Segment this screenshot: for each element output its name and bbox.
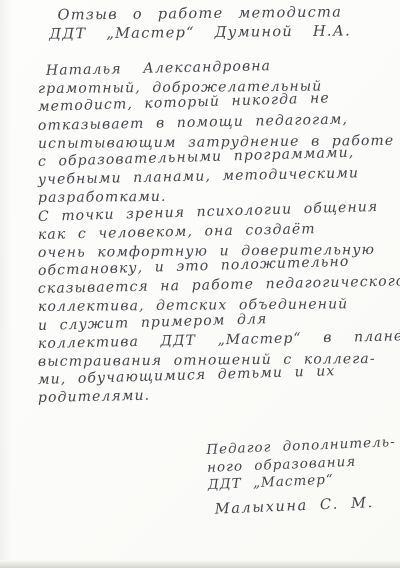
document-body: Наталья Александровна грамотный, доброже… — [38, 63, 394, 409]
signature-name: Малыхина С. М. — [214, 494, 398, 519]
signature-block: Педагог дополнитель- ного образования ДД… — [206, 434, 398, 519]
scan-left-shadow — [0, 0, 12, 568]
document-title: Отзыв о работе методиста ДДТ „Мастер“ Ду… — [30, 3, 370, 45]
title-line-2: ДДТ „Мастер“ Думиной Н.А. — [30, 22, 370, 45]
scan-bottom-edge — [0, 560, 400, 568]
scanned-page: Отзыв о работе методиста ДДТ „Мастер“ Ду… — [0, 0, 400, 568]
handwriting-line: Наталья Александровна — [38, 56, 394, 82]
